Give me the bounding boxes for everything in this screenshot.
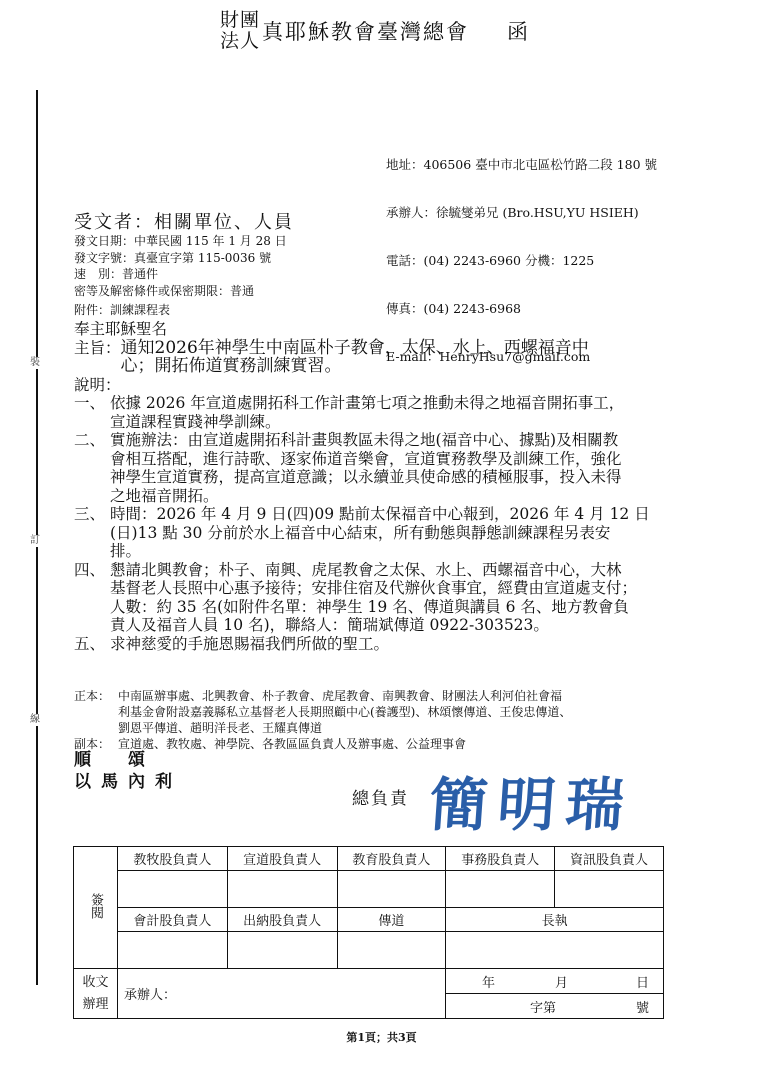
item-line: 實施辦法：由宣道處開拓科計畫與教區未得之地(福音中心、據點)及相關教 (110, 431, 724, 450)
doc-no-zi: 字第 (530, 1001, 556, 1016)
letter-body: 奉主耶穌聖名 主旨： 通知2026年神學生中南區朴子教會，太保、水上、西螺福音中… (74, 320, 724, 653)
address: 地址：406506 臺中市北屯區松竹路二段 180 號 (386, 157, 657, 173)
fax: 傳真：(04) 2243-6968 (386, 301, 657, 317)
item-line: 責人及福音人員 10 名)，聯絡人：簡瑞斌傳道 0922-303523。 (110, 616, 724, 635)
subject-line: 心；開拓佈道實務訓練實習。 (121, 357, 589, 376)
handler-label: 承辦人： (124, 988, 176, 1003)
original-line: 劉恩平傳道、趙明洋長老、王耀真傳道 (118, 720, 571, 736)
signoff-header: 教牧股負責人 (117, 847, 227, 871)
subject-line: 通知2026年神學生中南區朴子教會，太保、水上、西螺福音中 (121, 339, 589, 358)
item-line: 排。 (110, 542, 724, 561)
item-text: 實施辦法：由宣道處開拓科計畫與教區未得之地(福音中心、據點)及相關教 會相互搭配… (110, 431, 724, 505)
item-line: 懇請北興教會；朴子、南興、虎尾教會之太保、水上、西螺福音中心，大林 (110, 561, 724, 580)
binding-mark-zhuang: 裝 (30, 357, 40, 369)
original-recipients: 正本： 中南區辦事處、北興教會、朴子教會、虎尾教會、南興教會、財團法人利河伯社會… (74, 688, 704, 736)
item-line: 之地福音開拓。 (110, 487, 724, 506)
receive-label-line2: 辦理 (74, 994, 117, 1016)
explanation-item: 五、 求神慈愛的手施恩賜福我們所做的聖工。 (74, 635, 724, 654)
doc-meta: 發文日期：中華民國 115 年 1 月 28 日 發文字號：真臺宣字第 115-… (74, 233, 287, 319)
signoff-header: 事務股負責人 (446, 847, 555, 871)
signoff-cell (117, 871, 227, 908)
explanation-item: 二、 實施辦法：由宣道處開拓科計畫與教區未得之地(福音中心、據點)及相關教 會相… (74, 431, 724, 505)
item-number: 五、 (74, 635, 110, 654)
signoff-header: 傳道 (337, 908, 446, 932)
phone: 電話：(04) 2243-6960 分機：1225 (386, 253, 657, 269)
subject-label: 主旨： (74, 339, 121, 376)
signoff-header: 宣道股負責人 (227, 847, 337, 871)
security-level: 密等及解密條件或保密期限：普通 (74, 283, 287, 300)
explanation-label: 說明： (74, 376, 724, 395)
item-line: 依據 2026 年宣道處開拓科工作計畫第七項之推動未得之地福音開拓事工， (110, 394, 724, 413)
item-number: 一、 (74, 394, 110, 431)
doc-no-hao: 號 (636, 1001, 649, 1016)
item-line: 神學生宣道實務，提高宣道意識；以永續並具使命感的積極服事，投入未得 (110, 468, 724, 487)
review-label: 簽閱 (74, 847, 118, 969)
item-number: 二、 (74, 431, 110, 505)
item-text: 求神慈愛的手施恩賜福我們所做的聖工。 (110, 635, 724, 654)
org-prefix: 財團 法人 (220, 10, 260, 52)
signer-title: 總負責 (352, 784, 409, 809)
receive-date: 年月日 (446, 969, 664, 994)
doc-type: 函 (507, 16, 528, 46)
receive-doc-number: 字第號 (446, 994, 664, 1019)
explanation-item: 一、 依據 2026 年宣道處開拓科工作計畫第七項之推動未得之地福音開拓事工， … (74, 394, 724, 431)
review-label-text: 簽閱 (86, 893, 105, 919)
item-number: 三、 (74, 505, 110, 561)
handler: 承辦人：徐毓燮弟兄 (Bro.HSU,YU HSIEH) (386, 205, 657, 221)
item-line: 宣道課程實踐神學訓練。 (110, 413, 724, 432)
issue-date: 發文日期：中華民國 115 年 1 月 28 日 (74, 233, 287, 250)
signoff-cell (555, 871, 664, 908)
explanation-item: 四、 懇請北興教會；朴子、南興、虎尾教會之太保、水上、西螺福音中心，大林 基督老… (74, 561, 724, 635)
doc-number: 發文字號：真臺宣字第 115-0036 號 (74, 250, 287, 267)
subject-text: 通知2026年神學生中南區朴子教會，太保、水上、西螺福音中 心；開拓佈道實務訓練… (121, 339, 589, 376)
receive-label-line1: 收文 (74, 972, 117, 994)
signoff-cell (446, 932, 664, 969)
speed: 速 別：普通件 (74, 266, 287, 283)
org-prefix-line2: 法人 (220, 31, 260, 52)
distribution: 正本： 中南區辦事處、北興教會、朴子教會、虎尾教會、南興教會、財團法人利河伯社會… (74, 688, 704, 752)
item-text: 依據 2026 年宣道處開拓科工作計畫第七項之推動未得之地福音開拓事工， 宣道課… (110, 394, 724, 431)
page-number: 第1頁；共3頁 (0, 1029, 763, 1045)
item-line: 求神慈愛的手施恩賜福我們所做的聖工。 (110, 635, 724, 654)
handler-cell: 承辦人： (117, 969, 445, 1019)
date-day: 日 (636, 976, 649, 991)
item-line: 時間：2026 年 4 月 9 日(四)09 點前太保福音中心報到，2026 年… (110, 505, 724, 524)
closing: 順 頌 以馬內利 (74, 749, 182, 793)
item-text: 懇請北興教會；朴子、南興、虎尾教會之太保、水上、西螺福音中心，大林 基督老人長照… (110, 561, 724, 635)
signoff-header: 會計股負責人 (117, 908, 227, 932)
original-line: 利基金會附設嘉義縣私立基督老人長期照顧中心(養護型)、林頌懷傳道、王俊忠傳道、 (118, 704, 571, 720)
signoff-cell (337, 871, 446, 908)
sign-off-table: 簽閱 教牧股負責人 宣道股負責人 教育股負責人 事務股負責人 資訊股負責人 會計… (73, 846, 664, 1019)
letterhead: 財團 法人 真耶穌教會臺灣總會 函 (220, 10, 528, 52)
binding-mark-xian: 線 (30, 714, 40, 726)
closing-line2: 以馬內利 (74, 771, 182, 793)
binding-mark-ding: 訂 (30, 535, 40, 547)
signoff-cell (227, 932, 337, 969)
date-month: 月 (555, 976, 568, 991)
org-prefix-line1: 財團 (220, 10, 260, 31)
subject: 主旨： 通知2026年神學生中南區朴子教會，太保、水上、西螺福音中 心；開拓佈道… (74, 339, 724, 376)
signoff-cell (337, 932, 446, 969)
signature: 簡明瑞 (427, 758, 637, 842)
signoff-header: 資訊股負責人 (555, 847, 664, 871)
signoff-cell (227, 871, 337, 908)
signoff-header: 教育股負責人 (337, 847, 446, 871)
original-line: 中南區辦事處、北興教會、朴子教會、虎尾教會、南興教會、財團法人利河伯社會福 (118, 688, 571, 704)
attachment: 附件：訓練課程表 (74, 302, 287, 319)
item-line: 會相互搭配，進行詩歌、逐家佈道音樂會，宣道實務教學及訓練工作，強化 (110, 450, 724, 469)
signoff-cell (117, 932, 227, 969)
invocation: 奉主耶穌聖名 (74, 320, 724, 339)
signoff-header: 長執 (446, 908, 664, 932)
item-line: 基督老人長照中心惠予接待；安排住宿及代辦伙食事宜，經費由宣道處支付； (110, 579, 724, 598)
org-name: 真耶穌教會臺灣總會 (262, 16, 469, 46)
original-list: 中南區辦事處、北興教會、朴子教會、虎尾教會、南興教會、財團法人利河伯社會福 利基… (118, 688, 571, 736)
item-text: 時間：2026 年 4 月 9 日(四)09 點前太保福音中心報到，2026 年… (110, 505, 724, 561)
receive-label: 收文 辦理 (74, 969, 118, 1019)
date-year: 年 (482, 976, 495, 991)
original-label: 正本： (74, 688, 118, 736)
item-number: 四、 (74, 561, 110, 635)
recipient: 受文者：相關單位、人員 (74, 208, 294, 234)
signoff-header: 出納股負責人 (227, 908, 337, 932)
closing-line1: 順 頌 (74, 749, 182, 771)
explanation-item: 三、 時間：2026 年 4 月 9 日(四)09 點前太保福音中心報到，202… (74, 505, 724, 561)
signoff-cell (446, 871, 555, 908)
item-line: (日)13 點 30 分前於水上福音中心結束，所有動態與靜態訓練課程另表安 (110, 524, 724, 543)
item-line: 人數：約 35 名(如附件名單：神學生 19 名、傳道與講員 6 名、地方教會負 (110, 598, 724, 617)
